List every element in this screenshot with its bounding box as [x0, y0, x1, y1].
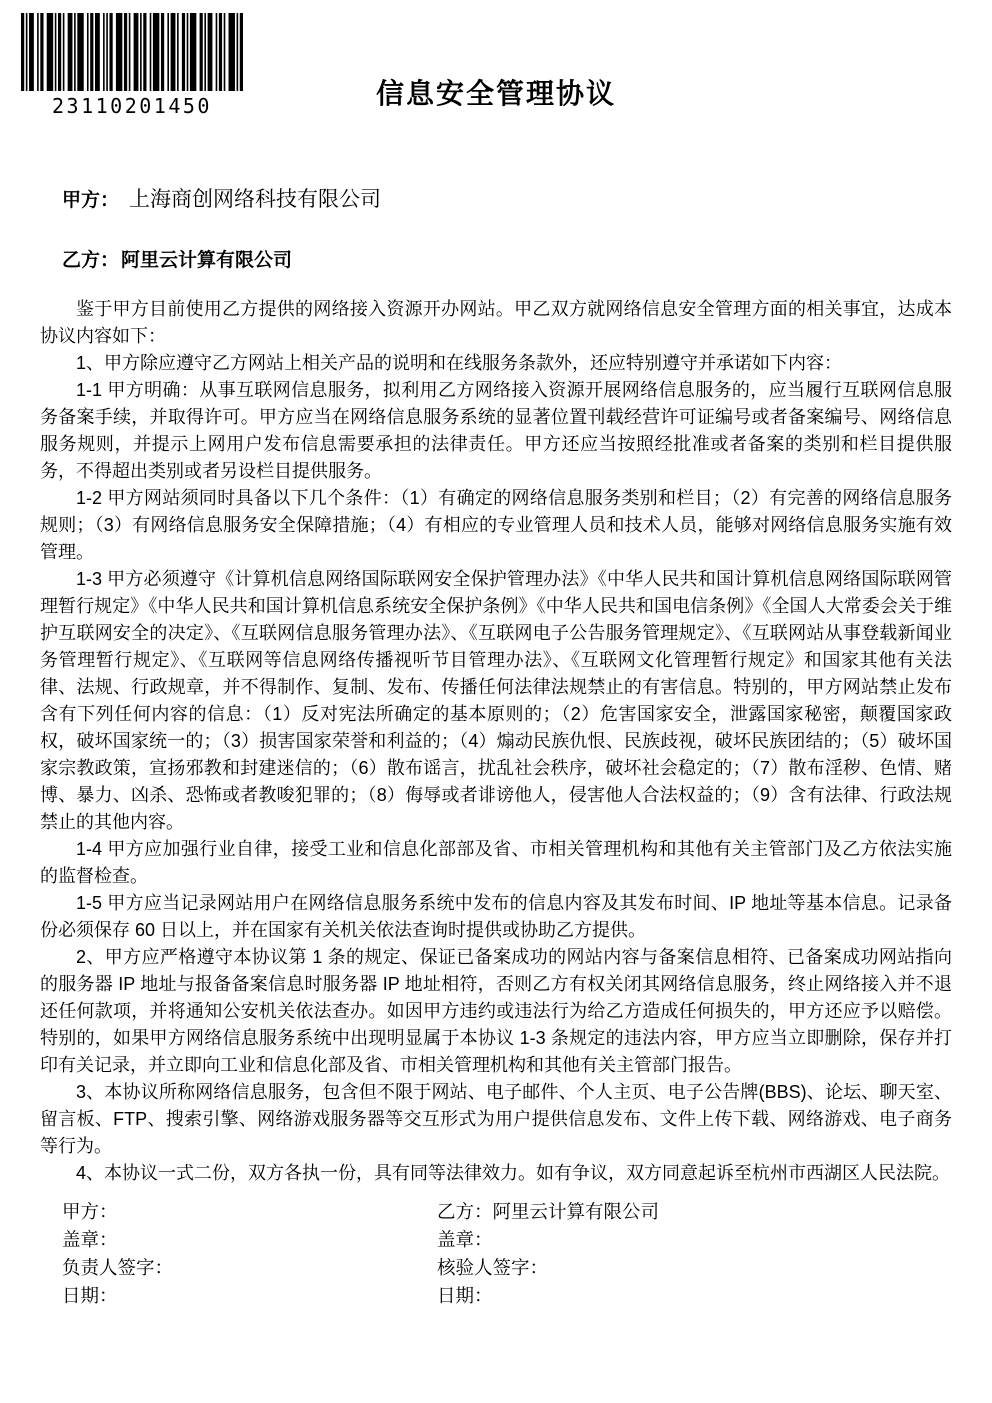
- party-a-sign-label: 甲方：: [62, 1198, 173, 1226]
- party-a-label: 甲方：: [62, 190, 119, 211]
- paragraph-clause-1: 1、甲方除应遵守乙方网站上相关产品的说明和在线服务条款外，还应特别遵守并承诺如下…: [40, 350, 952, 377]
- party-a-seal-label: 盖章：: [62, 1226, 173, 1254]
- party-a-date-label: 日期：: [62, 1282, 173, 1310]
- party-b-seal-label: 盖章：: [437, 1226, 659, 1254]
- signature-party-a: 甲方： 盖章： 负责人签字： 日期：: [62, 1198, 173, 1310]
- paragraph-clause-1-5: 1-5 甲方应当记录网站用户在网络信息服务系统中发布的信息内容及其发布时间、IP…: [40, 890, 952, 944]
- paragraph-clause-1-1: 1-1 甲方明确：从事互联网信息服务，拟利用乙方网络接入资源开展网络信息服务的，…: [40, 377, 952, 485]
- party-b-date-label: 日期：: [437, 1282, 659, 1310]
- paragraph-preamble: 鉴于甲方目前使用乙方提供的网络接入资源开办网站。甲乙双方就网络信息安全管理方面的…: [40, 296, 952, 350]
- party-b-line: 乙方：阿里云计算有限公司: [62, 245, 292, 272]
- paragraph-clause-2: 2、甲方应严格遵守本协议第 1 条的规定、保证已备案成功的网站内容与备案信息相符…: [40, 944, 952, 1079]
- paragraph-clause-1-4: 1-4 甲方应加强行业自律，接受工业和信息化部部及省、市相关管理机构和其他有关主…: [40, 836, 952, 890]
- party-a-name: 上海商创网络科技有限公司: [129, 187, 381, 211]
- paragraph-clause-1-2: 1-2 甲方网站须同时具备以下几个条件：（1）有确定的网络信息服务类别和栏目；（…: [40, 485, 952, 566]
- document-title: 信息安全管理协议: [0, 72, 992, 112]
- paragraph-clause-4: 4、本协议一式二份，双方各执一份，具有同等法律效力。如有争议，双方同意起诉至杭州…: [40, 1160, 952, 1187]
- party-a-signer-label: 负责人签字：: [62, 1254, 173, 1282]
- contract-body: 鉴于甲方目前使用乙方提供的网络接入资源开办网站。甲乙双方就网络信息安全管理方面的…: [40, 296, 952, 1187]
- party-b-signer-label: 核验人签字：: [437, 1254, 659, 1282]
- party-a-line: 甲方：上海商创网络科技有限公司: [62, 183, 381, 213]
- party-b-name: 阿里云计算有限公司: [121, 250, 292, 271]
- paragraph-clause-3: 3、本协议所称网络信息服务，包含但不限于网站、电子邮件、个人主页、电子公告牌(B…: [40, 1079, 952, 1160]
- document-page: 23110201450 信息安全管理协议 甲方：上海商创网络科技有限公司 乙方：…: [0, 0, 992, 1403]
- party-b-label: 乙方：: [62, 250, 119, 271]
- signature-party-b: 乙方：阿里云计算有限公司 盖章： 核验人签字： 日期：: [437, 1198, 659, 1310]
- paragraph-clause-1-3: 1-3 甲方必须遵守《计算机信息网络国际联网安全保护管理办法》《中华人民共和国计…: [40, 566, 952, 836]
- party-b-sign-label: 乙方：阿里云计算有限公司: [437, 1198, 659, 1226]
